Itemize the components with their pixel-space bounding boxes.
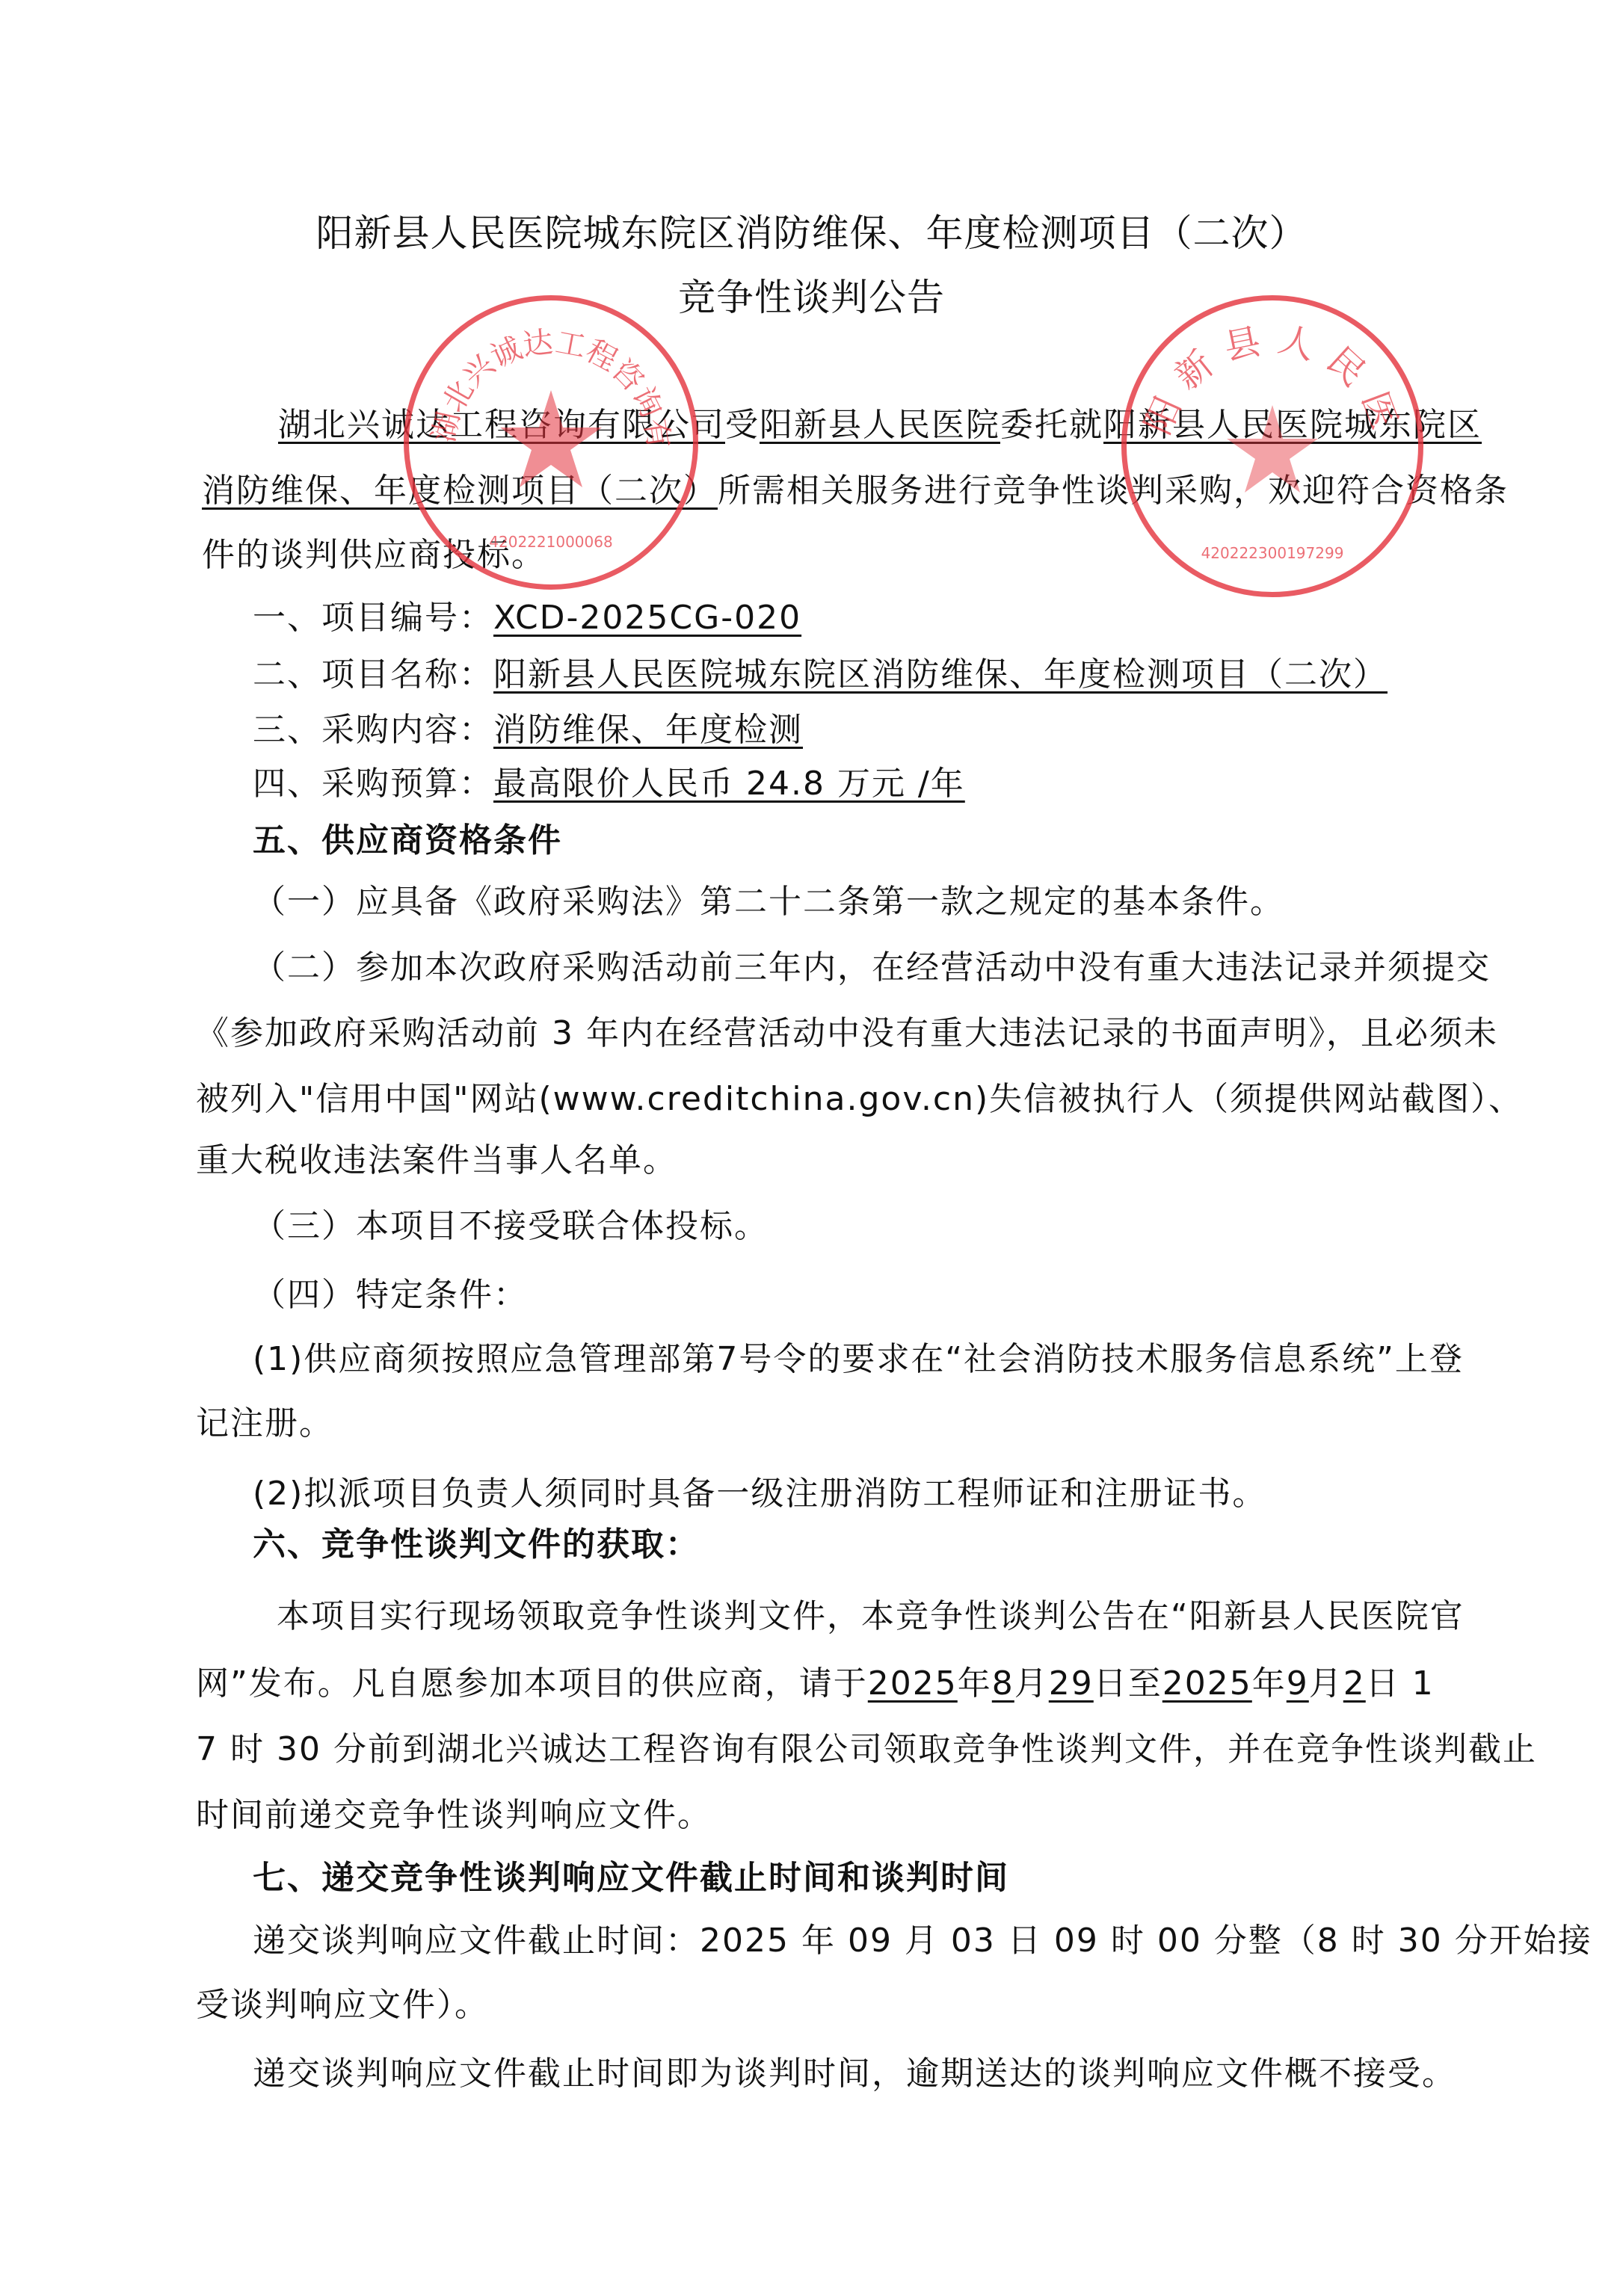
end-year: 2025 (1162, 1664, 1252, 1703)
project-name-value: 阳新县人民医院城东院区消防维保、年度检测项目（二次） (493, 655, 1388, 694)
section-heading-document-acquisition: 六、竞争性谈判文件的获取： (253, 1517, 700, 1565)
item-label: 二、项目名称： (253, 655, 493, 694)
specific-condition-1-line2: 记注册。 (196, 1396, 333, 1444)
seal-star-icon: 阳新县人民医院 420222300197299 (1127, 300, 1418, 592)
intro-line3: 件的谈判供应商投标。 (202, 528, 546, 575)
document-title-line2: 竞争性谈判公告 (0, 268, 1623, 321)
specific-condition-1-line1: (1)供应商须按照应急管理部第7号令的要求在“社会消防技术服务信息系统”上登 (253, 1332, 1464, 1380)
start-month: 8 (992, 1664, 1014, 1703)
section-heading-qualifications: 五、供应商资格条件 (253, 813, 562, 861)
start-year: 2025 (868, 1664, 958, 1703)
project-name-part2: 消防维保、年度检测项目（二次） (202, 472, 718, 510)
unit: 日至 (1094, 1664, 1162, 1703)
intro-text: 受 (725, 406, 760, 444)
unit: 日 1 (1366, 1664, 1435, 1703)
svg-text:420222300197299: 420222300197299 (1201, 544, 1344, 562)
end-day: 2 (1343, 1664, 1366, 1703)
qualification-1: （一）应具备《政府采购法》第二十二条第一款之规定的基本条件。 (253, 874, 1284, 922)
hospital-seal-stamp: 阳新县人民医院 420222300197299 (1121, 295, 1423, 597)
item-budget: 四、采购预算：最高限价人民币 24.8 万元 /年 (253, 756, 965, 804)
acquisition-line4: 时间前递交竞争性谈判响应文件。 (196, 1788, 712, 1836)
deadline-line2: 受谈判响应文件）。 (196, 1978, 489, 2025)
item-project-number: 一、项目编号：XCD-2025CG-020 (253, 590, 801, 638)
item-project-name: 二、项目名称：阳新县人民医院城东院区消防维保、年度检测项目（二次） (253, 647, 1388, 695)
qualification-4: （四）特定条件： (253, 1268, 528, 1315)
item-label: 四、采购预算： (253, 765, 493, 803)
acquisition-line3: 7 时 30 分前到湖北兴诚达工程咨询有限公司领取竞争性谈判文件，并在竞争性谈判… (196, 1722, 1537, 1770)
unit: 月 (1014, 1664, 1049, 1703)
section-heading-deadline: 七、递交竞争性谈判响应文件截止时间和谈判时间 (253, 1851, 1009, 1898)
agency-name: 湖北兴诚达工程咨询有限公司 (278, 406, 725, 444)
intro-line2: 消防维保、年度检测项目（二次）所需相关服务进行竞争性谈判采购，欢迎符合资格条 (202, 463, 1509, 511)
acquisition-line1: 本项目实行现场领取竞争性谈判文件，本竞争性谈判公告在“阳新县人民医院官 (277, 1589, 1465, 1637)
item-label: 一、项目编号： (253, 599, 493, 637)
item-label: 三、采购内容： (253, 711, 493, 749)
budget-value: 最高限价人民币 24.8 万元 /年 (493, 765, 965, 803)
qualification-2-line1: （二）参加本次政府采购活动前三年内，在经营活动中没有重大违法记录并须提交 (253, 940, 1491, 988)
start-day: 29 (1049, 1664, 1094, 1703)
deadline-line3: 递交谈判响应文件截止时间即为谈判时间，逾期送达的谈判响应文件概不接受。 (253, 2046, 1456, 2094)
intro-text: 委托就 (1000, 406, 1103, 444)
qualification-2-line3: 被列入"信用中国"网站(www.creditchina.gov.cn)失信被执行… (196, 1072, 1523, 1120)
acquisition-text: 网”发布。凡自愿参加本项目的供应商，请于 (196, 1664, 868, 1703)
procurement-content-value: 消防维保、年度检测 (493, 711, 803, 749)
qualification-2-line4: 重大税收违法案件当事人名单。 (196, 1133, 677, 1181)
document-page: 阳新县人民医院城东院区消防维保、年度检测项目（二次） 竞争性谈判公告 湖北兴诚达… (0, 0, 1623, 2296)
purchaser-name: 阳新县人民医院 (760, 406, 1000, 444)
unit: 年 (958, 1664, 992, 1703)
intro-line1: 湖北兴诚达工程咨询有限公司受阳新县人民医院委托就阳新县人民医院城东院区 (278, 398, 1482, 445)
unit: 年 (1252, 1664, 1287, 1703)
qualification-2-line2: 《参加政府采购活动前 3 年内在经营活动中没有重大违法记录的书面声明》，且必须未 (196, 1006, 1498, 1054)
acquisition-line2: 网”发布。凡自愿参加本项目的供应商，请于2025年8月29日至2025年9月2日… (196, 1656, 1435, 1704)
deadline-line1: 递交谈判响应文件截止时间：2025 年 09 月 03 日 09 时 00 分整… (253, 1913, 1592, 1961)
qualification-3: （三）本项目不接受联合体投标。 (253, 1199, 769, 1247)
intro-text: 所需相关服务进行竞争性谈判采购，欢迎符合资格条 (718, 472, 1509, 510)
item-procurement-content: 三、采购内容：消防维保、年度检测 (253, 703, 803, 750)
unit: 月 (1309, 1664, 1343, 1703)
project-name-part1: 阳新县人民医院城东院区 (1103, 406, 1482, 444)
end-month: 9 (1287, 1664, 1309, 1703)
document-title-line1: 阳新县人民医院城东院区消防维保、年度检测项目（二次） (0, 203, 1623, 257)
specific-condition-2: (2)拟派项目负责人须同时具备一级注册消防工程师证和注册证书。 (253, 1466, 1266, 1514)
project-number-value: XCD-2025CG-020 (493, 599, 801, 637)
